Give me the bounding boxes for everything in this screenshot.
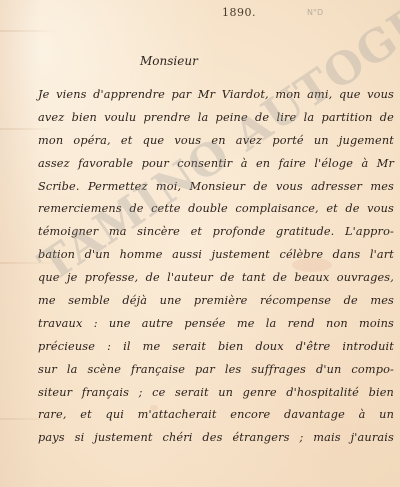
letter-line: remerciemens de cette double complaisanc… [38,198,394,221]
letter-page: 1890. N°D Monsieur Je viens d'apprendre … [0,0,400,487]
letter-body: Je viens d'apprendre par Mr Viardot, mon… [38,84,394,450]
letter-line: siteur français ; ce serait un genre d'h… [38,382,394,405]
letter-line: avez bien voulu prendre la peine de lire… [38,107,394,130]
letter-line: pays si justement chéri des étrangers ; … [38,427,394,450]
salutation: Monsieur [140,54,198,68]
letter-line: témoigner ma sincère et profonde gratitu… [38,221,394,244]
letter-line: travaux : une autre pensée me la rend no… [38,313,394,336]
letter-line: Je viens d'apprendre par Mr Viardot, mon… [38,84,394,107]
letter-line: rare, et qui m'attacherait encore davant… [38,404,394,427]
letter-line: me semble déjà une première récompense d… [38,290,394,313]
letter-line: Scribe. Permettez moi, Monsieur de vous … [38,176,394,199]
letter-line: précieuse : il me serait bien doux d'êtr… [38,336,394,359]
letter-line: que je professe, de l'auteur de tant de … [38,267,394,290]
number-mark: N°D [307,8,323,17]
paper-crease [0,0,40,487]
letter-line: mon opéra, et que vous en avez porté un … [38,130,394,153]
letter-line: sur la scène française par les suffrages… [38,359,394,382]
letter-year: 1890. [222,6,256,19]
letter-line: bation d'un homme aussi justement célèbr… [38,244,394,267]
letter-line: assez favorable pour consentir à en fair… [38,153,394,176]
paper-fold [0,30,60,32]
